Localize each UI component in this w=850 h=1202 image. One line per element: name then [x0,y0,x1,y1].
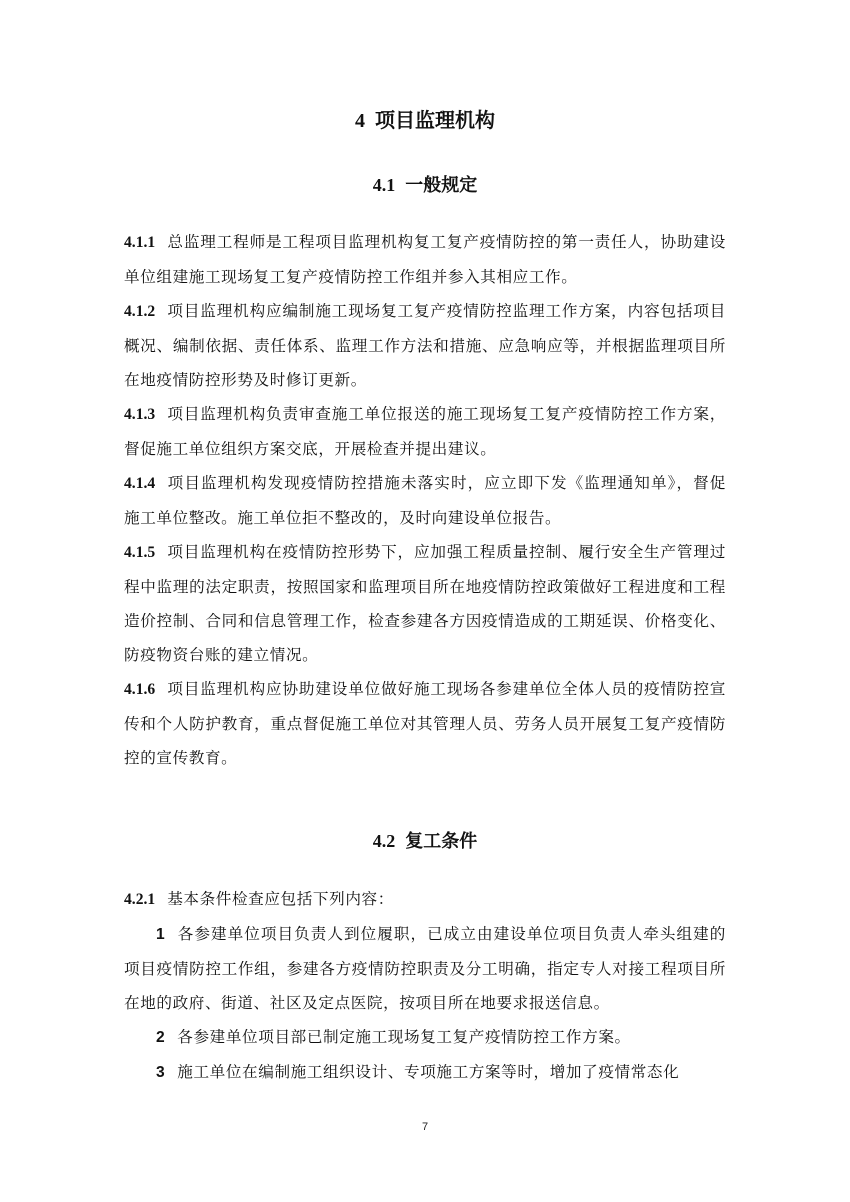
item-number: 1 [156,926,165,943]
chapter-number: 4 [355,110,365,132]
clause-4-2-1: 4.2.1基本条件检查应包括下列内容： [124,882,726,917]
list-item-1: 1各参建单位项目负责人到位履职，已成立由建设单位项目负责人牵头组建的项目疫情防控… [124,917,726,1020]
clause-number: 4.2.1 [124,891,155,908]
section-number: 4.1 [373,175,396,195]
clause-text: 项目监理机构负责审查施工单位报送的施工现场复工复产疫情防控工作方案，督促施工单位… [124,405,726,458]
clause-4-1-4: 4.1.4项目监理机构发现疫情防控措施未落实时，应立即下发《监理通知单》，督促施… [124,466,726,535]
list-item-2: 2各参建单位项目部已制定施工现场复工复产疫情防控工作方案。 [124,1020,726,1055]
clause-text: 总监理工程师是工程项目监理机构复工复产疫情防控的第一责任人，协助建设单位组建施工… [124,233,726,286]
section-4-1-body: 4.1.1总监理工程师是工程项目监理机构复工复产疫情防控的第一责任人，协助建设单… [124,225,726,775]
chapter-title-text: 项目监理机构 [375,108,495,132]
clause-number: 4.1.5 [124,544,155,561]
clause-number: 4.1.2 [124,303,155,320]
clause-number: 4.1.6 [124,681,155,698]
clause-4-1-5: 4.1.5项目监理机构在疫情防控形势下，应加强工程质量控制、履行安全生产管理过程… [124,535,726,672]
clause-text: 项目监理机构应编制施工现场复工复产疫情防控监理工作方案，内容包括项目概况、编制依… [124,302,726,389]
section-title-4-2: 4.2复工条件 [0,828,850,855]
item-number: 3 [156,1064,165,1081]
document-page: 4项目监理机构 4.1一般规定 4.1.1总监理工程师是工程项目监理机构复工复产… [0,0,850,1202]
item-text: 各参建单位项目负责人到位履职，已成立由建设单位项目负责人牵头组建的项目疫情防控工… [124,925,726,1012]
clause-text: 项目监理机构在疫情防控形势下，应加强工程质量控制、履行安全生产管理过程中监理的法… [124,543,726,664]
clause-text: 项目监理机构发现疫情防控措施未落实时，应立即下发《监理通知单》，督促施工单位整改… [124,474,726,527]
section-number: 4.2 [373,831,396,851]
clause-number: 4.1.4 [124,475,155,492]
clause-number: 4.1.1 [124,234,155,251]
list-item-3: 3施工单位在编制施工组织设计、专项施工方案等时，增加了疫情常态化 [124,1055,726,1090]
section-title-4-1: 4.1一般规定 [0,172,850,199]
section-title-text: 复工条件 [405,831,477,852]
item-text: 各参建单位项目部已制定施工现场复工复产疫情防控工作方案。 [177,1028,630,1046]
clause-text: 基本条件检查应包括下列内容： [167,890,394,908]
page-number: 7 [0,1121,850,1133]
clause-4-1-3: 4.1.3项目监理机构负责审查施工单位报送的施工现场复工复产疫情防控工作方案，督… [124,397,726,466]
clause-4-1-1: 4.1.1总监理工程师是工程项目监理机构复工复产疫情防控的第一责任人，协助建设单… [124,225,726,294]
clause-4-1-6: 4.1.6项目监理机构应协助建设单位做好施工现场各参建单位全体人员的疫情防控宣传… [124,672,726,775]
clause-text: 项目监理机构应协助建设单位做好施工现场各参建单位全体人员的疫情防控宣传和个人防护… [124,680,726,767]
chapter-title: 4项目监理机构 [0,106,850,135]
clause-4-1-2: 4.1.2项目监理机构应编制施工现场复工复产疫情防控监理工作方案，内容包括项目概… [124,294,726,397]
section-4-2-body: 4.2.1基本条件检查应包括下列内容： 1各参建单位项目负责人到位履职，已成立由… [124,882,726,1090]
section-title-text: 一般规定 [405,175,477,196]
item-number: 2 [156,1029,165,1046]
clause-number: 4.1.3 [124,406,155,423]
item-text: 施工单位在编制施工组织设计、专项施工方案等时，增加了疫情常态化 [177,1063,679,1081]
